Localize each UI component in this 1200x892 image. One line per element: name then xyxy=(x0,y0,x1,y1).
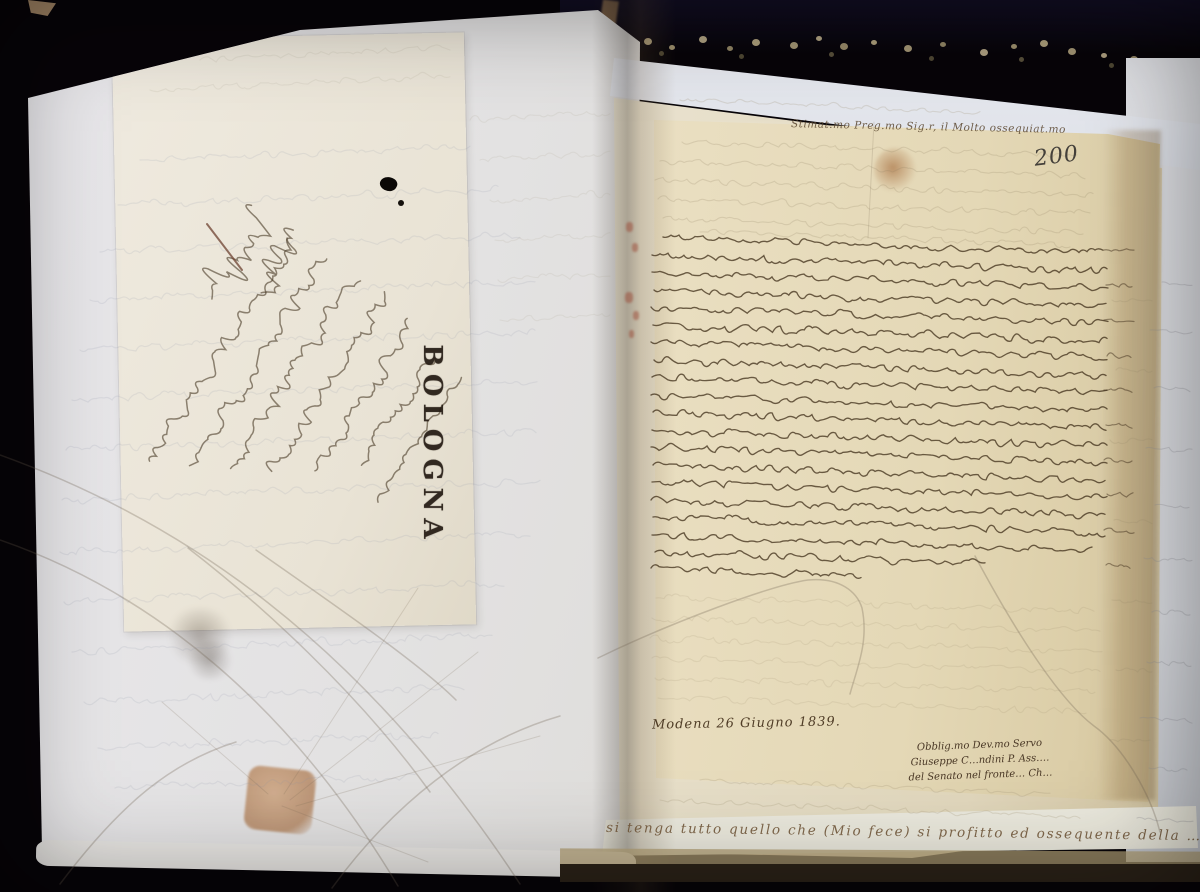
red-ink-offset-mark xyxy=(632,243,638,252)
ink-blot-small xyxy=(398,200,404,206)
red-ink-offset-mark xyxy=(625,292,633,303)
bottom-cover-strip xyxy=(560,864,1200,882)
letter-signature-block: Obblig.mo Dev.mo Servo Giuseppe C…ndini … xyxy=(874,734,1085,786)
archival-book-spread-photo: Stimat.mo Preg.mo Sig.r, il Molto ossequ… xyxy=(0,0,1200,892)
letter-right-fold-shadow xyxy=(1097,130,1161,800)
bologna-postmark: BOLOGNA xyxy=(417,344,447,545)
manuscript-letter-recto xyxy=(648,110,1164,810)
red-ink-offset-mark xyxy=(629,330,634,338)
red-ink-offset-mark xyxy=(633,311,639,320)
smudged-postmark-lower xyxy=(185,640,235,680)
wax-seal-remnant xyxy=(243,765,317,836)
red-ink-offset-mark xyxy=(626,222,633,232)
ink-stain-top-of-letter xyxy=(874,148,916,192)
torn-paper-specks-dark xyxy=(0,0,3,3)
paper-fragment-top-left xyxy=(28,0,56,16)
book-gutter-shadow xyxy=(592,0,676,892)
